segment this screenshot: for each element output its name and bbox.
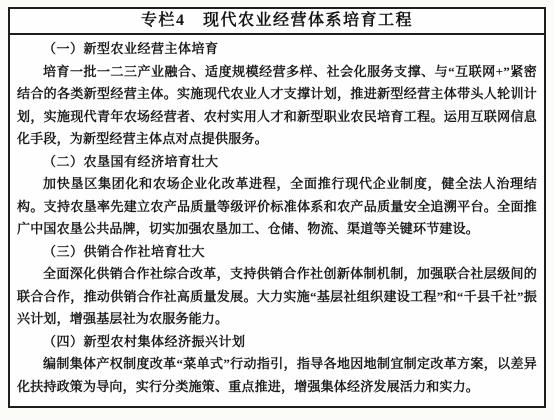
panel-title: 专栏4 现代农业经营体系培育工程 [10,9,544,35]
section-paragraph: 全面深化供销合作社综合改革，支持供销合作社创新体制机制，加强联合社层级间的联合合… [17,263,537,331]
section-heading: （三）供销合作社培育壮大 [17,241,537,264]
section-rural-collective-economy: （四）新型农村集体经济振兴计划 编制集体产权制度改革“菜单式”行动指引，指导各地… [17,331,537,399]
section-supply-marketing-coops: （三）供销合作社培育壮大 全面深化供销合作社综合改革，支持供销合作社创新体制机制… [17,241,537,331]
section-heading: （四）新型农村集体经济振兴计划 [17,331,537,354]
section-heading: （一）新型农业经营主体培育 [17,38,537,61]
section-new-business-entities: （一）新型农业经营主体培育 培育一批一二三产业融合、适度规模经营多样、社会化服务… [17,38,537,151]
section-heading: （二）农垦国有经济培育壮大 [17,151,537,174]
section-paragraph: 加快垦区集团化和农场企业化改革进程，全面推行现代企业制度，健全法人治理结构。支持… [17,173,537,241]
section-paragraph: 培育一批一二三产业融合、适度规模经营多样、社会化服务支撑、与“互联网+”紧密结合… [17,61,537,151]
section-paragraph: 编制集体产权制度改革“菜单式”行动指引，指导各地因地制宜制定改革方案，以差异化扶… [17,353,537,398]
section-state-farm-economy: （二）农垦国有经济培育壮大 加快垦区集团化和农场企业化改革进程，全面推行现代企业… [17,151,537,241]
panel-body: （一）新型农业经营主体培育 培育一批一二三产业融合、适度规模经营多样、社会化服务… [10,35,544,398]
column-panel: 专栏4 现代农业经营体系培育工程 （一）新型农业经营主体培育 培育一批一二三产业… [8,7,546,408]
document-page: { "panel": { "title": "专栏4 现代农业经营体系培育工程"… [0,0,554,420]
